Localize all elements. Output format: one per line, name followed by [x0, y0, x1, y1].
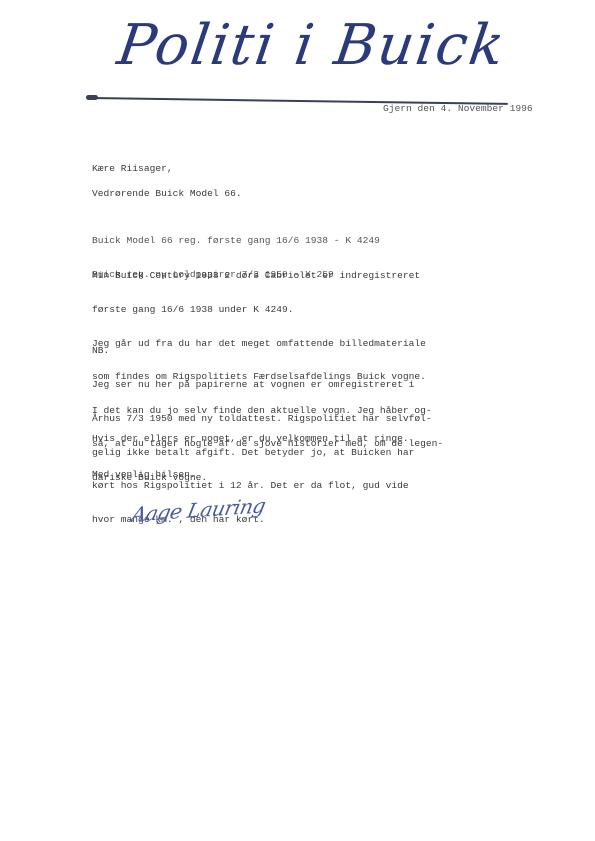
subject-line: Vedrørende Buick Model 66. [92, 188, 242, 199]
nb-label: NB. [92, 345, 109, 356]
text-line: Jeg ser nu her på papirerne at vognen er… [92, 379, 432, 390]
letter-page: Politi i Buick Gjern den 4. November 199… [0, 0, 595, 841]
text-line: gelig ikke betalt afgift. Det betyder jo… [92, 447, 432, 458]
paragraph-3: Hvis der ellers er noget, er du velkomme… [92, 433, 409, 444]
text-line: Århus 7/3 1950 med ny toldattest. Rigspo… [92, 413, 432, 424]
text-line: kørt hos Rigspolitiet i 12 år. Det er da… [92, 480, 432, 491]
handwritten-title: Politi i Buick [114, 18, 509, 74]
closing: Med venlig hilsen. [92, 469, 196, 480]
text-line: Min Buick Century 1938 2 dørs Cabriolet … [92, 270, 443, 281]
reference-line: Buick Model 66 reg. første gang 16/6 193… [92, 235, 380, 246]
dateline: Gjern den 4. November 1996 [383, 103, 533, 114]
text-line: første gang 16/6 1938 under K 4249. [92, 304, 443, 315]
text-line: Jeg går ud fra du har det meget omfatten… [92, 338, 443, 349]
salutation: Kære Riisager, [92, 163, 173, 174]
